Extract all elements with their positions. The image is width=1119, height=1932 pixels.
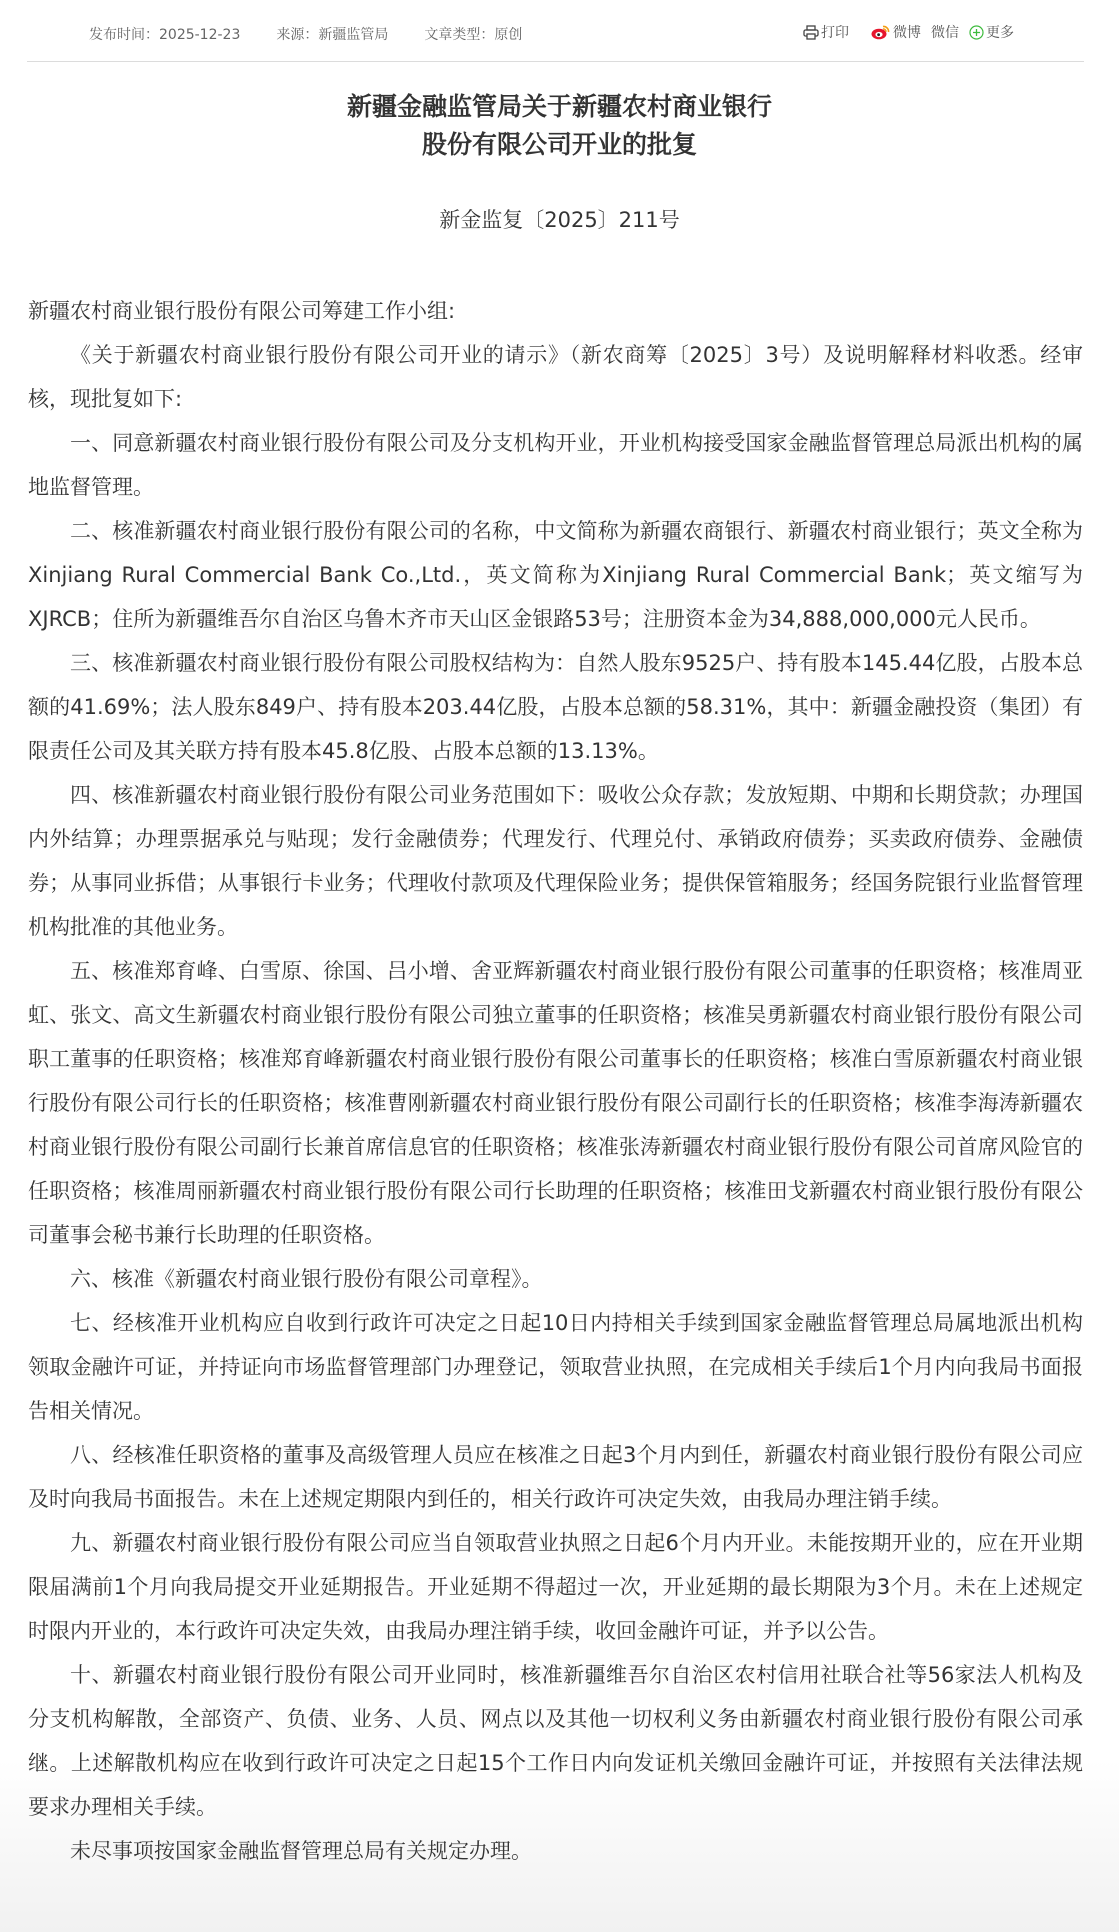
weibo-icon — [871, 24, 891, 40]
wechat-label: 微信 — [931, 22, 959, 42]
article-title: 新疆金融监管局关于新疆农村商业银行 股份有限公司开业的批复 — [0, 88, 1119, 164]
paragraph-6: 六、核准《新疆农村商业银行股份有限公司章程》。 — [28, 1257, 1083, 1301]
article-type: 文章类型：原创 — [424, 24, 522, 44]
share-toolbar: 打印 微博 微信 更多 — [803, 22, 1014, 42]
weibo-share-button[interactable]: 微博 — [871, 22, 921, 42]
weibo-label: 微博 — [893, 22, 921, 42]
article-title-line-1: 新疆金融监管局关于新疆农村商业银行 — [0, 88, 1119, 126]
paragraph-9: 九、新疆农村商业银行股份有限公司应当自领取营业执照之日起6个月内开业。未能按期开… — [28, 1521, 1083, 1653]
article-body: 新疆农村商业银行股份有限公司筹建工作小组: 《关于新疆农村商业银行股份有限公司开… — [28, 289, 1083, 1873]
article-source: 来源：新疆监管局 — [276, 24, 388, 44]
paragraph-2: 二、核准新疆农村商业银行股份有限公司的名称，中文简称为新疆农商银行、新疆农村商业… — [28, 509, 1083, 641]
paragraph-10: 十、新疆农村商业银行股份有限公司开业同时，核准新疆维吾尔自治区农村信用社联合社等… — [28, 1653, 1083, 1829]
publish-time: 发布时间：2025-12-23 — [89, 24, 240, 44]
more-label: 更多 — [986, 22, 1014, 42]
paragraph-8: 八、经核准任职资格的董事及高级管理人员应在核准之日起3个月内到任，新疆农村商业银… — [28, 1433, 1083, 1521]
article-meta-bar: 发布时间：2025-12-23 来源：新疆监管局 文章类型：原创 打印 微博 微… — [27, 0, 1084, 62]
paragraph-4: 四、核准新疆农村商业银行股份有限公司业务范围如下：吸收公众存款；发放短期、中期和… — [28, 773, 1083, 949]
print-button[interactable]: 打印 — [803, 22, 849, 42]
document-number: 新金监复〔2025〕211号 — [0, 204, 1119, 234]
wechat-share-button[interactable]: 微信 — [931, 22, 959, 42]
salutation: 新疆农村商业银行股份有限公司筹建工作小组: — [28, 289, 1083, 333]
article-meta: 发布时间：2025-12-23 来源：新疆监管局 文章类型：原创 — [89, 24, 522, 44]
printer-icon — [803, 25, 819, 40]
print-label: 打印 — [821, 22, 849, 42]
article-title-line-2: 股份有限公司开业的批复 — [0, 126, 1119, 164]
paragraph-1: 一、同意新疆农村商业银行股份有限公司及分支机构开业，开业机构接受国家金融监督管理… — [28, 421, 1083, 509]
plus-circle-icon — [969, 25, 984, 40]
paragraph-7: 七、经核准开业机构应自收到行政许可决定之日起10日内持相关手续到国家金融监督管理… — [28, 1301, 1083, 1433]
paragraph-intro: 《关于新疆农村商业银行股份有限公司开业的请示》（新农商筹〔2025〕3号）及说明… — [28, 333, 1083, 421]
paragraph-3: 三、核准新疆农村商业银行股份有限公司股权结构为：自然人股东9525户、持有股本1… — [28, 641, 1083, 773]
more-share-button[interactable]: 更多 — [969, 22, 1014, 42]
paragraph-5: 五、核准郑育峰、白雪原、徐国、吕小增、舍亚辉新疆农村商业银行股份有限公司董事的任… — [28, 949, 1083, 1257]
closing-paragraph: 未尽事项按国家金融监督管理总局有关规定办理。 — [28, 1829, 1083, 1873]
